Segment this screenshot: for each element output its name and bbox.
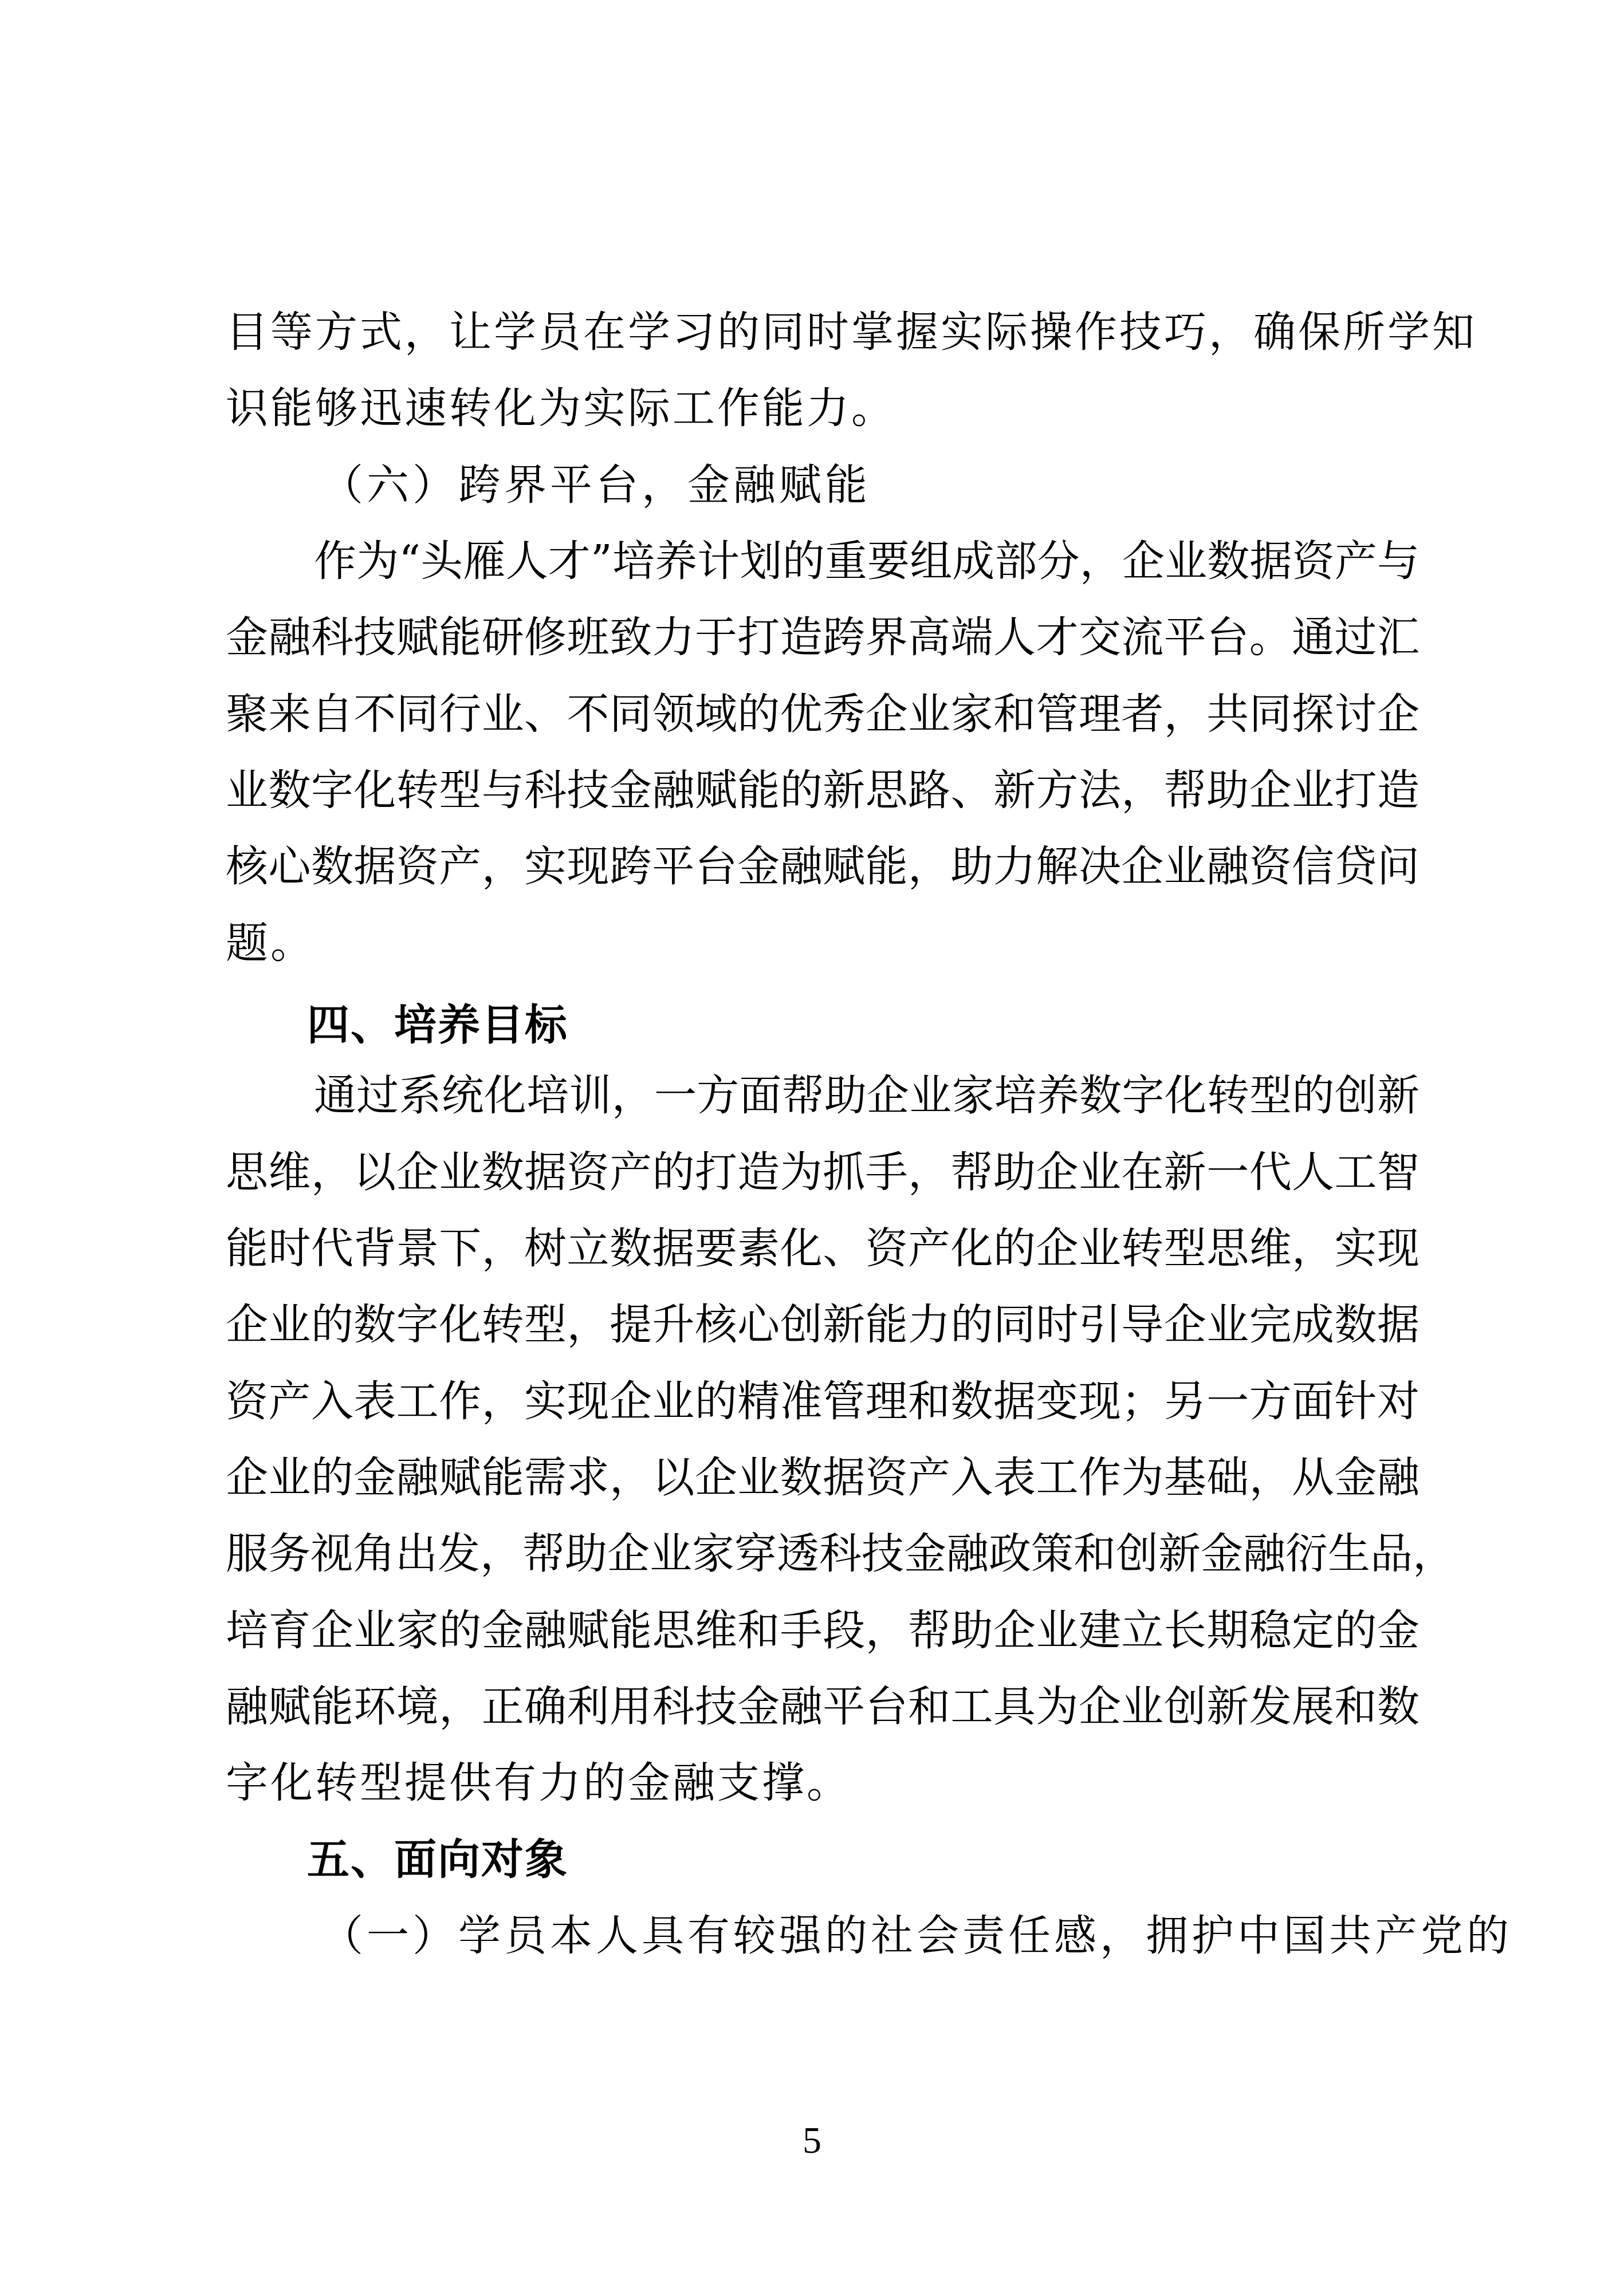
body-line: 聚来自不同行业、不同领域的优秀企业家和管理者，共同探讨企 xyxy=(226,686,1419,743)
body-line: 思维，以企业数据资产的打造为抓手，帮助企业在新一代人工智 xyxy=(226,1144,1419,1201)
body-line: 业数字化转型与科技金融赋能的新思路、新方法，帮助企业打造 xyxy=(226,762,1419,819)
body-line: 培育企业家的金融赋能思维和手段，帮助企业建立长期稳定的金 xyxy=(226,1602,1419,1659)
section-heading: 五、面向对象 xyxy=(226,1831,1501,1888)
body-line: 企业的金融赋能需求，以企业数据资产入表工作为基础，从金融 xyxy=(226,1449,1419,1506)
body-line: 金融科技赋能研修班致力于打造跨界高端人才交流平台。通过汇 xyxy=(226,609,1419,666)
body-line: 识能够迅速转化为实际工作能力。 xyxy=(226,380,1419,437)
body-line: 企业的数字化转型，提升核心创新能力的同时引导企业完成数据 xyxy=(226,1296,1419,1353)
section-subheading: （六）跨界平台，金融赋能 xyxy=(226,456,1515,514)
section-heading: 四、培养目标 xyxy=(226,997,1501,1054)
body-line: 融赋能环境，正确利用科技金融平台和工具为企业创新发展和数 xyxy=(226,1678,1419,1735)
body-line: 服务视角出发，帮助企业家穿透科技金融政策和创新金融衍生品， xyxy=(226,1525,1434,1582)
subsection-first-line: （一）学员本人具有较强的社会责任感，拥护中国共产党的 xyxy=(226,1907,1419,1964)
page-number: 5 xyxy=(0,2119,1624,2163)
body-line: 目等方式，让学员在学习的同时掌握实际操作技巧，确保所学知 xyxy=(226,304,1419,361)
body-line: 核心数据资产，实现跨平台金融赋能，助力解决企业融资信贷问 xyxy=(226,838,1419,895)
body-line: 题。 xyxy=(226,915,1419,972)
body-line: 字化转型提供有力的金融支撑。 xyxy=(226,1754,1419,1811)
paragraph-first-line: 通过系统化培训，一方面帮助企业家培养数字化转型的创新 xyxy=(226,1067,1419,1124)
body-line: 能时代背景下，树立数据要素化、资产化的企业转型思维，实现 xyxy=(226,1220,1419,1277)
document-page: 目等方式，让学员在学习的同时掌握实际操作技巧，确保所学知 识能够迅速转化为实际工… xyxy=(0,0,1624,2296)
body-line: 资产入表工作，实现企业的精准管理和数据变现；另一方面针对 xyxy=(226,1373,1419,1430)
paragraph-first-line: 作为“头雁人才”培养计划的重要组成部分，企业数据资产与 xyxy=(226,533,1419,590)
